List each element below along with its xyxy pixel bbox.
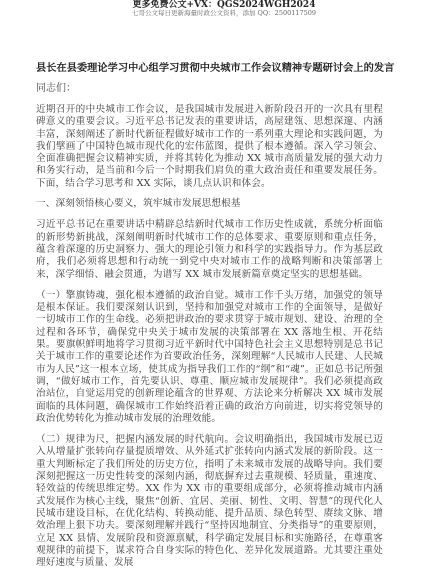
document-page: 县长在县委理论学习中心组学习贯彻中央城市工作会议精神专题研讨会上的发言 同志们：… xyxy=(36,62,383,569)
header-subtitle-line: 七哥公文每日更新海量时政公文资料，添加 QQ：2500117509 xyxy=(0,8,448,17)
intro-paragraph: 近期召开的中央城市工作会议，是我国城市发展进入新阶段召开的一次具有里程碑意义的重… xyxy=(36,104,383,190)
body-paragraph: 习近平总书记在重要讲话中精辟总结新时代城市工作历史性成就，系统分析面临的新形势新… xyxy=(36,219,383,280)
section-heading-1: 一、深刻领悟核心要义，筑牢城市发展思想根基 xyxy=(36,198,383,210)
body-paragraph: （一）擎旗铸魂，强化根本遵循的政治自觉。城市工作千头万绪，加强党的领导是根本保证… xyxy=(36,290,383,425)
body-paragraph: （二）规律为尺，把握内涵发展的时代航向。会议明确指出，我国城市发展已迈入从增量扩… xyxy=(36,434,383,569)
greeting: 同志们： xyxy=(36,83,383,95)
document-title: 县长在县委理论学习中心组学习贯彻中央城市工作会议精神专题研讨会上的发言 xyxy=(36,62,383,74)
